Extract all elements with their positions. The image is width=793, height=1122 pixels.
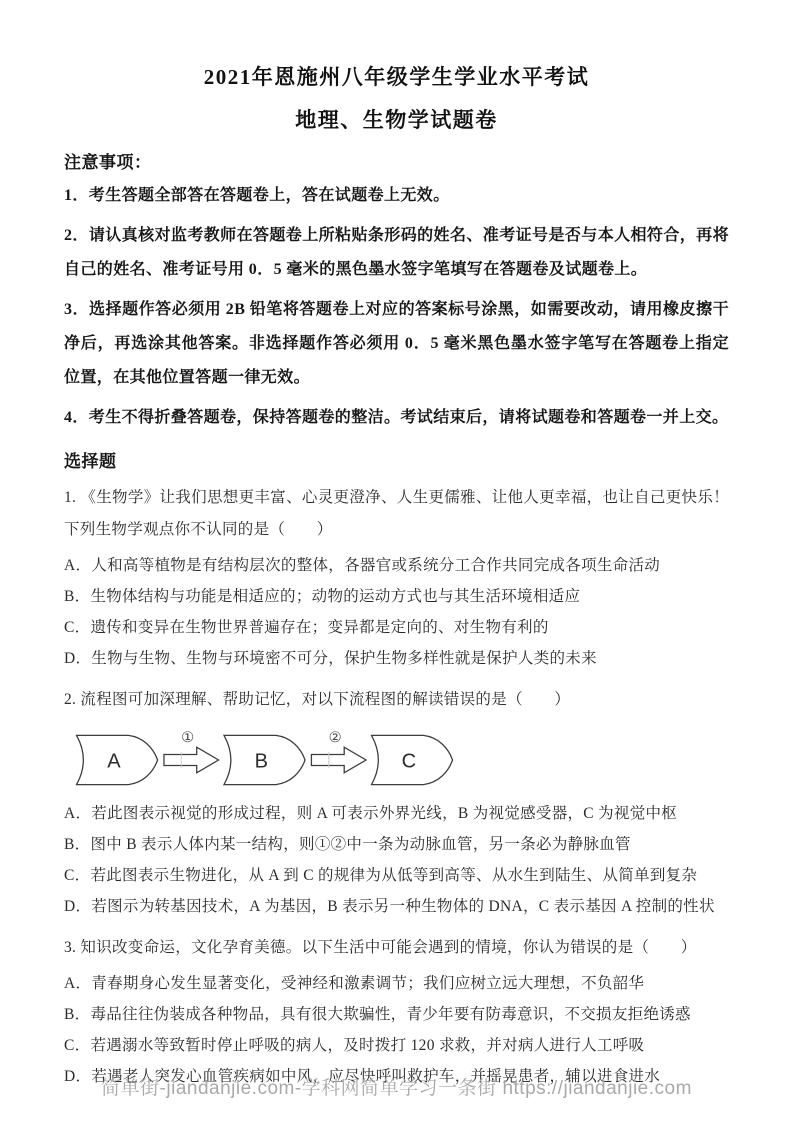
question-3-stem: 3. 知识改变命运，文化孕育美德。以下生活中可能会遇到的情境，你认为错误的是（ … xyxy=(64,932,729,964)
notice-item-4: 4．考生不得折叠答题卷，保持答题卷的整洁。考试结束后，请将试题卷和答题卷一并上交… xyxy=(64,401,729,435)
arrow-2-number-label: ② xyxy=(329,730,342,746)
question-2-option-c: C．若此图表示生物进化，从 A 到 C 的规律为从低等到高等、从水生到陆生、从简… xyxy=(64,860,729,891)
exam-title: 2021年恩施州八年级学生学业水平考试 xyxy=(64,64,729,90)
question-1-option-d: D．生物与生物、生物与环境密不可分，保护生物多样性就是保护人类的未来 xyxy=(64,643,729,674)
question-3-option-b: B．毒品往往伪装成各种物品，具有很大欺骗性，青少年要有防毒意识，不交损友拒绝诱惑 xyxy=(64,999,729,1030)
arrow-1-number-label: ① xyxy=(181,730,194,746)
question-2-option-a: A．若此图表示视觉的形成过程，则 A 可表示外界光线，B 为视觉感受器，C 为视… xyxy=(64,798,729,829)
question-2-option-d: D．若图示为转基因技术，A 为基因，B 表示另一种生物体的 DNA，C 表示基因… xyxy=(64,891,729,922)
question-1-option-c: C．遗传和变异在生物世界普遍存在；变异都是定向的、对生物有利的 xyxy=(64,612,729,643)
flow-arrow-1-icon xyxy=(164,747,219,772)
flow-node-c-label: C xyxy=(402,750,416,772)
notice-heading: 注意事项： xyxy=(64,148,729,173)
question-3-option-a: A．青春期身心发生显著变化，受神经和激素调节；我们应树立远大理想，不负韶华 xyxy=(64,968,729,999)
question-1-option-b: B．生物体结构与功能是相适应的；动物的运动方式也与其生活环境相适应 xyxy=(64,581,729,612)
notice-item-1: 1．考生答题全部答在答题卷上，答在试题卷上无效。 xyxy=(64,179,729,213)
question-3-option-c: C．若遇溺水等致暂时停止呼吸的病人，及时拨打 120 求救，并对病人进行人工呼吸 xyxy=(64,1030,729,1061)
footer-watermark-text: 简单街-jiandanjie.com-学科网简单学习一条街 https://ji… xyxy=(101,1078,692,1099)
flow-diagram: A B C ① ② xyxy=(72,726,729,794)
exam-subtitle: 地理、生物学试题卷 xyxy=(64,107,729,133)
question-1-stem: 1. 《生物学》让我们思想更丰富、心灵更澄净、人生更儒雅、让他人更幸福，也让自己… xyxy=(64,482,729,546)
question-2-stem: 2. 流程图可加深理解、帮助记忆，对以下流程图的解读错误的是（ ） xyxy=(64,684,729,716)
question-2-option-b: B．图中 B 表示人体内某一结构，则①②中一条为动脉血管，另一条必为静脉血管 xyxy=(64,829,729,860)
section-heading-choice: 选择题 xyxy=(64,447,729,472)
question-1-option-a: A．人和高等植物是有结构层次的整体，各器官或系统分工合作共同完成各项生命活动 xyxy=(64,550,729,581)
notice-item-2: 2．请认真核对监考教师在答题卷上所粘贴条形码的姓名、准考证号是否与本人相符合，再… xyxy=(64,219,729,287)
flow-node-a-label: A xyxy=(107,750,121,772)
notice-item-3: 3．选择题作答必须用 2B 铅笔将答题卷上对应的答案标号涂黑，如需要改动，请用橡… xyxy=(64,293,729,395)
question-2-options: A．若此图表示视觉的形成过程，则 A 可表示外界光线，B 为视觉感受器，C 为视… xyxy=(64,798,729,922)
footer-watermark: 简单街-jiandanjie.com-学科网简单学习一条街 https://ji… xyxy=(0,1073,793,1100)
flow-arrow-2-icon xyxy=(311,747,366,772)
flow-node-b-label: B xyxy=(255,750,268,772)
question-1-options: A．人和高等植物是有结构层次的整体，各器官或系统分工合作共同完成各项生命活动 B… xyxy=(64,550,729,674)
exam-paper-page: 2021年恩施州八年级学生学业水平考试 地理、生物学试题卷 注意事项： 1．考生… xyxy=(0,0,793,1122)
